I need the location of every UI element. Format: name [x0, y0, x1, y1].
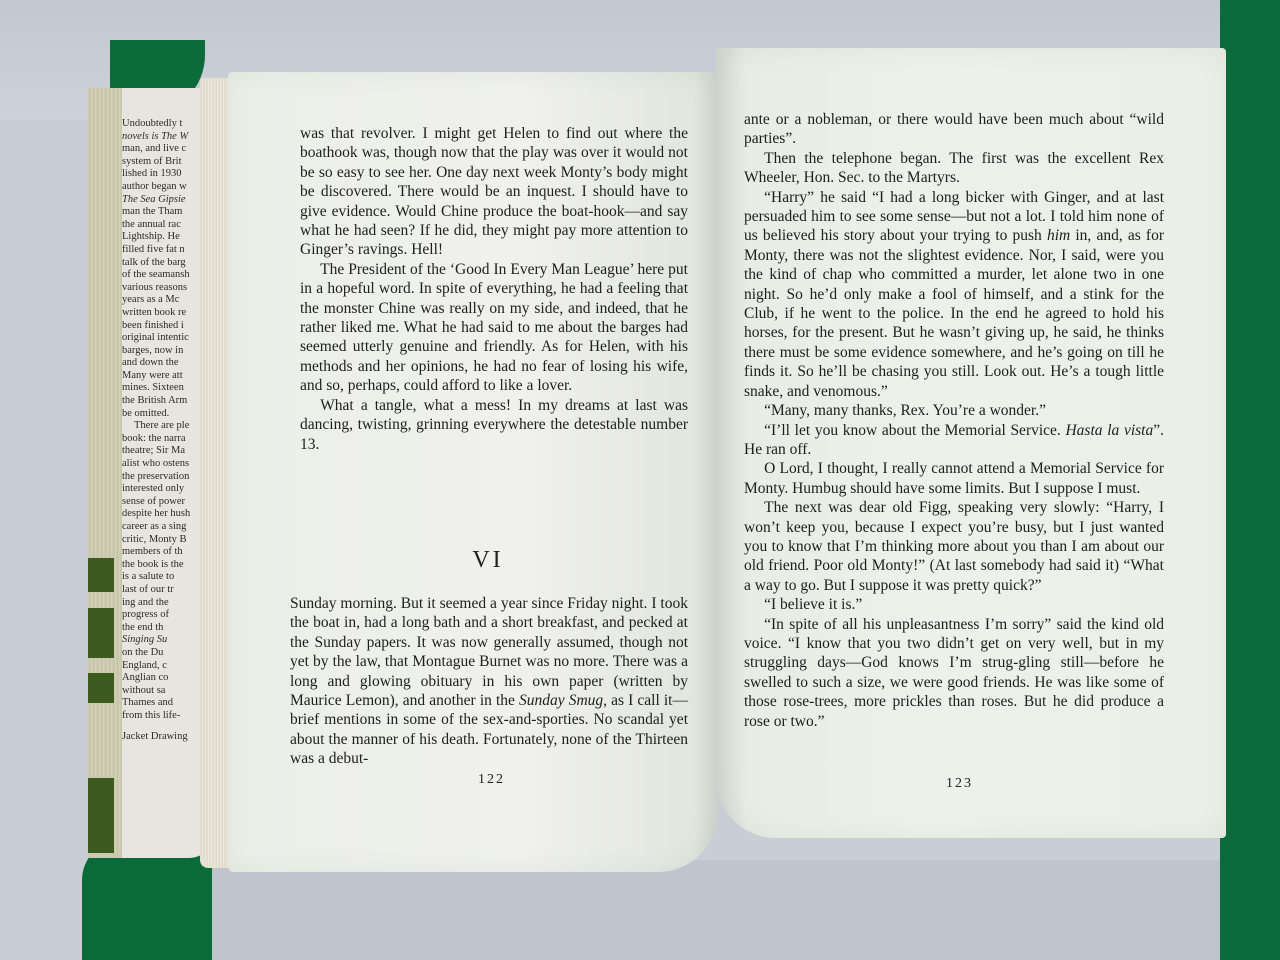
jacket-line: the annual rac — [122, 219, 212, 232]
jacket-line: Many were att — [122, 370, 212, 383]
paragraph: ante or a nobleman, or there would have … — [744, 110, 1164, 149]
jacket-line: interested only — [122, 483, 212, 496]
jacket-line: and down the — [122, 357, 212, 370]
jacket-line: various reasons — [122, 282, 212, 295]
jacket-line: system of Brit — [122, 156, 212, 169]
jacket-line: the end th — [122, 622, 212, 635]
jacket-line: the preservation — [122, 471, 212, 484]
jacket-line: years as a Mc — [122, 294, 212, 307]
jacket-line: alist who ostens — [122, 458, 212, 471]
chapter-opening-text: Sunday morning. But it seemed a year sin… — [290, 594, 688, 769]
jacket-spine — [88, 88, 122, 858]
jacket-line: is a salute to — [122, 571, 212, 584]
paragraph: Then the telephone began. The first was … — [744, 149, 1164, 188]
spine-lettering — [88, 778, 114, 853]
jacket-line: Anglian co — [122, 672, 212, 685]
spine-lettering — [88, 608, 114, 658]
jacket-line: critic, Monty B — [122, 534, 212, 547]
italic-title: Sunday Smug — [519, 692, 603, 709]
jacket-line: sense of power — [122, 496, 212, 509]
jacket-line: Thames and — [122, 697, 212, 710]
jacket-line: man, and live c — [122, 143, 212, 156]
jacket-line: despite her hush — [122, 508, 212, 521]
chapter-heading: VI — [228, 547, 748, 574]
jacket-line: Lightship. He — [122, 231, 212, 244]
spine-lettering — [88, 673, 114, 703]
paragraph: The President of the ‘Good In Every Man … — [300, 260, 688, 396]
jacket-line: progress of — [122, 609, 212, 622]
jacket-line: career as a sing — [122, 521, 212, 534]
jacket-line: man the Tham — [122, 206, 212, 219]
paragraph: was that revolver. I might get Helen to … — [300, 124, 688, 260]
jacket-line: novels is The W — [122, 131, 212, 144]
jacket-line: from this life- — [122, 710, 212, 723]
jacket-line: mines. Sixteen — [122, 382, 212, 395]
jacket-line: be omitted. — [122, 408, 212, 421]
jacket-line: lished in 1930 — [122, 168, 212, 181]
right-page: ante or a nobleman, or there would have … — [716, 48, 1226, 838]
jacket-line: been finished i — [122, 320, 212, 333]
jacket-line: ing and the — [122, 597, 212, 610]
paragraph: “Harry” he said “I had a long bicker wit… — [744, 188, 1164, 401]
jacket-line: of the seamansh — [122, 269, 212, 282]
jacket-line: book: the narra — [122, 433, 212, 446]
jacket-blurb: Undoubtedly tnovels is The Wman, and liv… — [122, 118, 212, 838]
jacket-credit: Jacket Drawing — [122, 731, 212, 744]
paragraph: The next was dear old Figg, speaking ver… — [744, 498, 1164, 595]
paragraph: O Lord, I thought, I really cannot atten… — [744, 459, 1164, 498]
spine-lettering — [88, 558, 114, 592]
jacket-line: Singing Su — [122, 634, 212, 647]
green-cloth-bottom-left — [82, 840, 212, 960]
backdrop-left — [0, 120, 82, 960]
italic-text: him — [1047, 227, 1070, 244]
jacket-line: filled five fat n — [122, 244, 212, 257]
jacket-line: England, c — [122, 660, 212, 673]
jacket-line: theatre; Sir Ma — [122, 445, 212, 458]
jacket-line: The Sea Gipsie — [122, 194, 212, 207]
dust-jacket-flap: Undoubtedly tnovels is The Wman, and liv… — [88, 88, 218, 858]
page-edges — [200, 78, 230, 868]
jacket-line: without sa — [122, 685, 212, 698]
desk-surface — [212, 860, 1222, 960]
left-page: was that revolver. I might get Helen to … — [228, 72, 718, 872]
jacket-line: original intentic — [122, 332, 212, 345]
jacket-line: talk of the barg — [122, 257, 212, 270]
paragraph: “Many, many thanks, Rex. You’re a wonder… — [744, 401, 1164, 420]
right-page-text: ante or a nobleman, or there would have … — [744, 110, 1164, 731]
italic-text: Hasta la vista — [1065, 422, 1153, 439]
jacket-line: the British Arm — [122, 395, 212, 408]
page-number: 122 — [478, 772, 505, 788]
paragraph: Sunday morning. But it seemed a year sin… — [290, 594, 688, 769]
jacket-line: Undoubtedly t — [122, 118, 212, 131]
jacket-line: barges, now in — [122, 345, 212, 358]
jacket-line: the book is the — [122, 559, 212, 572]
left-page-text: was that revolver. I might get Helen to … — [300, 124, 688, 454]
paragraph: What a tangle, what a mess! In my dreams… — [300, 396, 688, 454]
jacket-line: written book re — [122, 307, 212, 320]
jacket-line: last of our tr — [122, 584, 212, 597]
jacket-line: members of th — [122, 546, 212, 559]
page-number: 123 — [946, 776, 973, 792]
paragraph: “I believe it is.” — [744, 595, 1164, 614]
paragraph: “In spite of all his unpleasantness I’m … — [744, 615, 1164, 731]
green-cloth-right — [1220, 0, 1280, 960]
jacket-line: author began w — [122, 181, 212, 194]
jacket-line: There are ple — [122, 420, 212, 433]
paragraph: “I’ll let you know about the Memorial Se… — [744, 421, 1164, 460]
jacket-line: on the Du — [122, 647, 212, 660]
